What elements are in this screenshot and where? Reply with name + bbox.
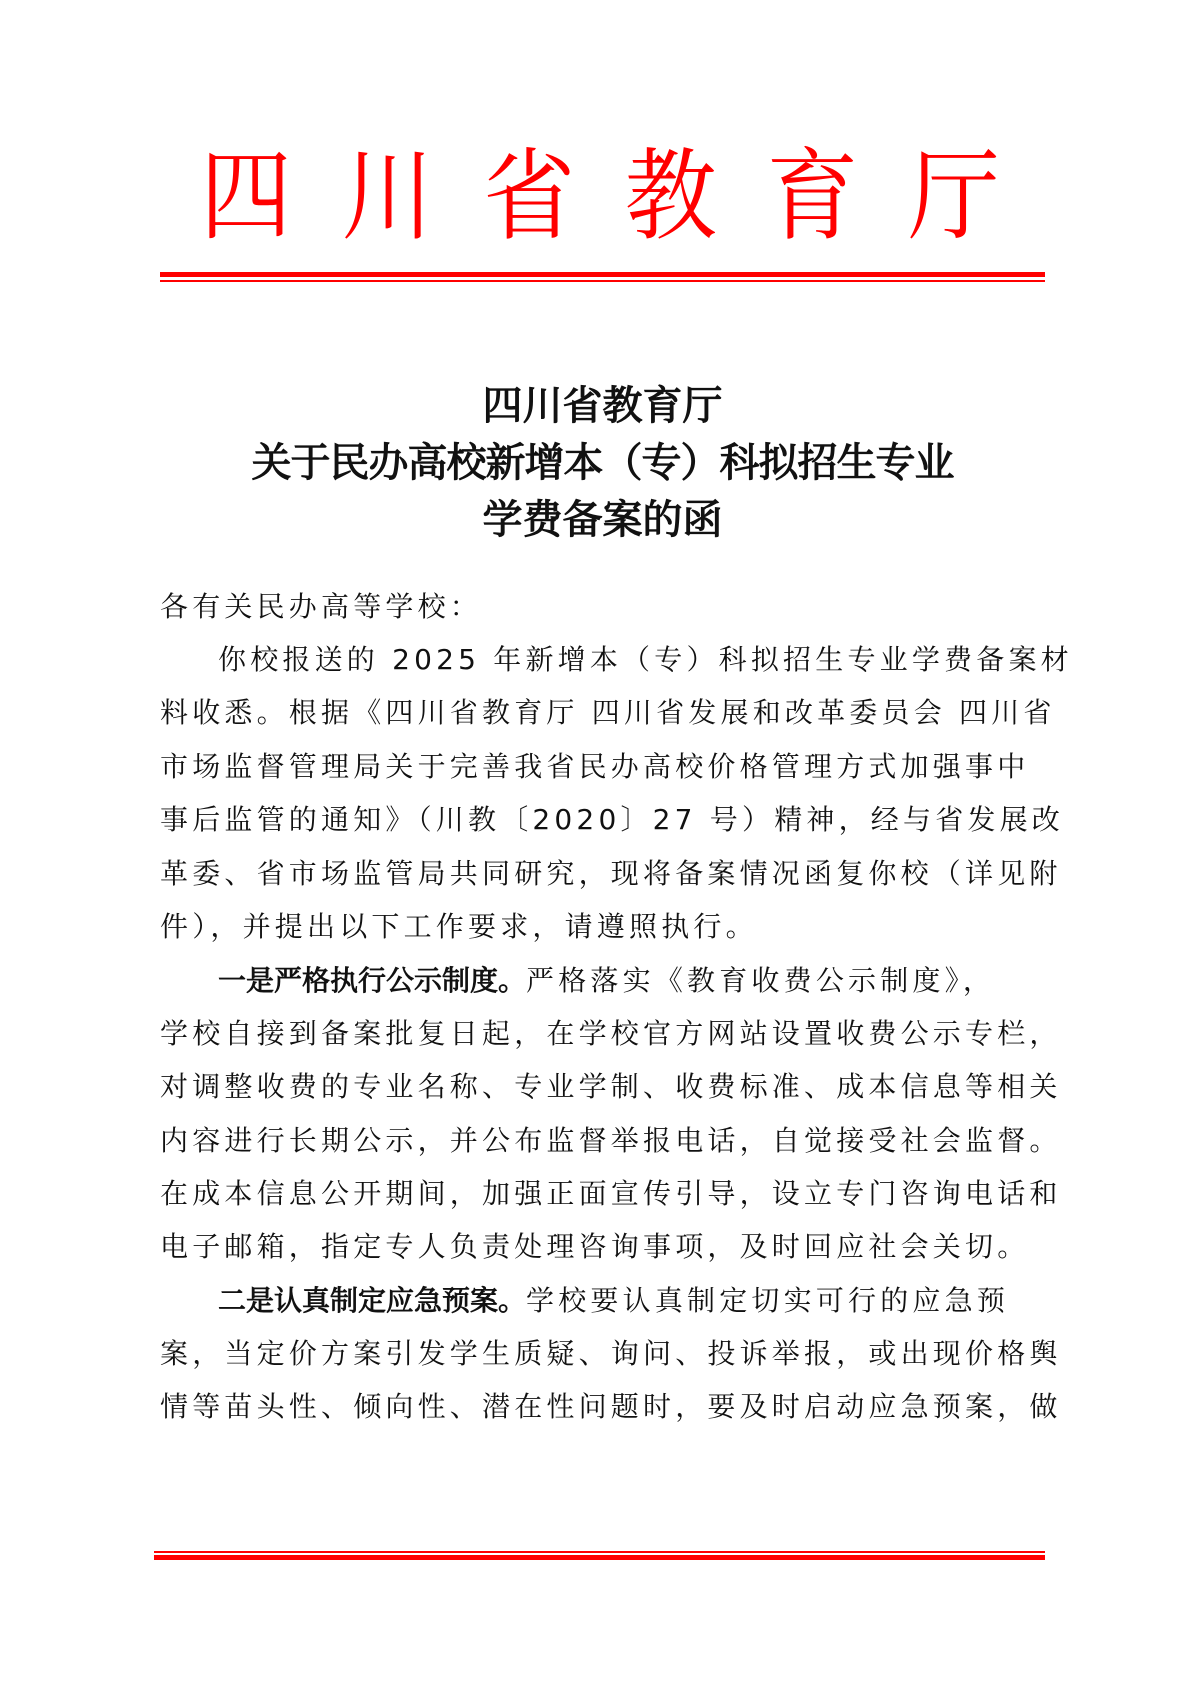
paragraph-2-line: 学校自接到备案批复日起，在学校官方网站设置收费公示专栏， <box>160 1014 1050 1054</box>
paragraph-3-heading: 二是认真制定应急预案。 <box>218 1284 526 1317</box>
footer-rule-thin <box>154 1551 1045 1553</box>
document-title-line-3: 学费备案的函 <box>160 492 1045 548</box>
document-title-line-2: 关于民办高校新增本（专）科拟招生专业 <box>160 435 1045 491</box>
paragraph-3-line: 情等苗头性、倾向性、潜在性问题时，要及时启动应急预案，做 <box>160 1387 1050 1427</box>
letterhead-char: 川 <box>342 138 434 257</box>
paragraph-1-line: 料收悉。根据《四川省教育厅 四川省发展和改革委员会 四川省 <box>160 693 1050 733</box>
paragraph-1-line: 事后监管的通知》（川教〔2020〕27 号）精神，经与省发展改 <box>160 800 1050 840</box>
paragraph-1-line: 革委、省市场监管局共同研究，现将备案情况函复你校（详见附 <box>160 854 1050 894</box>
paragraph-2-line: 在成本信息公开期间，加强正面宣传引导，设立专门咨询电话和 <box>160 1174 1050 1214</box>
paragraph-3-line: 案，当定价方案引发学生质疑、询问、投诉举报，或出现价格舆 <box>160 1334 1050 1374</box>
letterhead-char: 四 <box>200 138 292 257</box>
letterhead-char: 厅 <box>908 138 1000 257</box>
footer-rule-thick <box>154 1555 1045 1560</box>
salutation: 各有关民办高等学校： <box>160 587 1050 627</box>
paragraph-2-line: 电子邮箱，指定专人负责处理咨询事项，及时回应社会关切。 <box>160 1227 1050 1267</box>
paragraph-1-line: 市场监督管理局关于完善我省民办高校价格管理方式加强事中 <box>160 747 1050 787</box>
paragraph-1-line: 你校报送的 2025 年新增本（专）科拟招生专业学费备案材 <box>160 640 1108 680</box>
document-title-line-1: 四川省教育厅 <box>160 378 1045 434</box>
header-rule-thin <box>160 280 1045 282</box>
paragraph-2-line: 对调整收费的专业名称、专业学制、收费标准、成本信息等相关 <box>160 1067 1050 1107</box>
paragraph-2-first-text: 严格落实《教育收费公示制度》， <box>526 964 995 997</box>
letterhead-char: 育 <box>766 138 858 257</box>
paragraph-2-first-line: 一是严格执行公示制度。严格落实《教育收费公示制度》， <box>160 961 1108 1001</box>
header-rule-thick <box>160 272 1045 277</box>
letterhead-char: 省 <box>483 138 575 257</box>
paragraph-3-first-text: 学校要认真制定切实可行的应急预 <box>526 1284 1009 1317</box>
paragraph-2-heading: 一是严格执行公示制度。 <box>218 964 526 997</box>
letterhead-org-name: 四 川 省 教 育 厅 <box>160 142 1045 252</box>
letterhead-char: 教 <box>625 138 717 257</box>
paragraph-3-first-line: 二是认真制定应急预案。学校要认真制定切实可行的应急预 <box>160 1281 1108 1321</box>
paragraph-2-line: 内容进行长期公示，并公布监督举报电话，自觉接受社会监督。 <box>160 1121 1050 1161</box>
paragraph-1-line: 件），并提出以下工作要求，请遵照执行。 <box>160 907 1050 947</box>
